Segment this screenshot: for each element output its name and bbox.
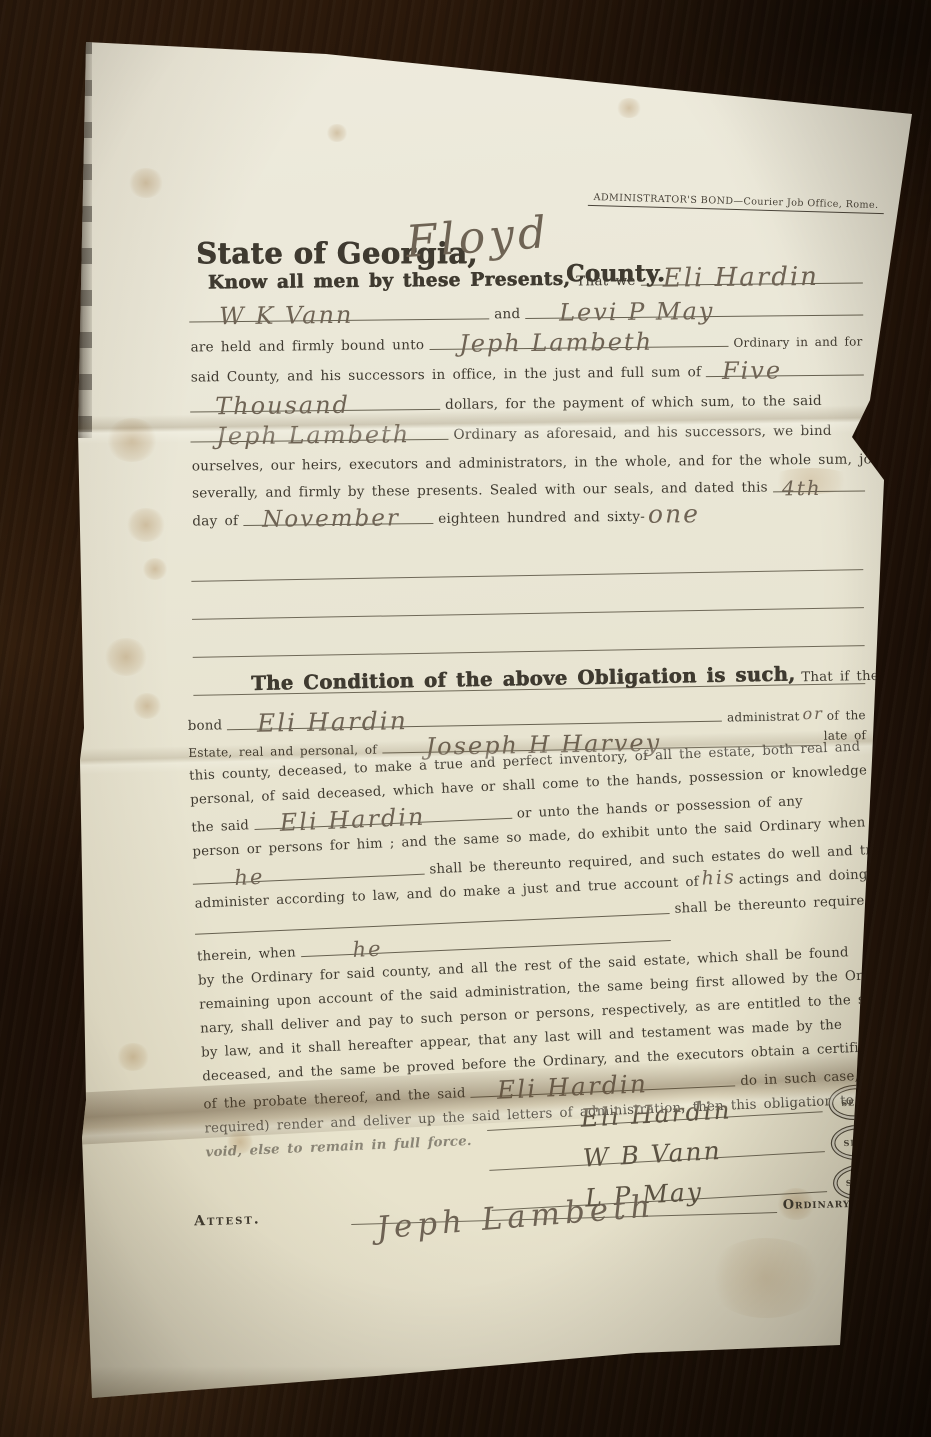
principal-name-blank: Eli Hardin bbox=[641, 282, 863, 285]
day-of-text: day of bbox=[189, 513, 241, 530]
seal-label: SEAL bbox=[841, 1097, 869, 1109]
that-we-text: That we bbox=[573, 273, 639, 290]
seal-label: SEAL bbox=[843, 1137, 871, 1149]
ordinary2-blank: Jeph Lambeth bbox=[191, 439, 449, 443]
stain bbox=[106, 418, 158, 462]
signature-block: Eli Hardin SEAL W B Vann SEAL L P May SE… bbox=[485, 1069, 883, 1211]
seal-stamp: SEAL bbox=[836, 1167, 883, 1198]
day-handwriting: 4th bbox=[782, 478, 822, 498]
administrator-name-handwriting: Eli Hardin bbox=[257, 708, 408, 736]
ordinary2-handwriting: Jeph Lambeth bbox=[216, 422, 410, 448]
stain bbox=[116, 1043, 150, 1071]
attest-row: Attest. Jeph Lambeth Ordinary. bbox=[194, 1195, 862, 1230]
bond-line: Know all men by these Presents, That we … bbox=[187, 252, 865, 293]
document-paper: ADMINISTRATOR'S BOND—Courier Job Office,… bbox=[76, 38, 914, 1402]
seal-stamp: SEAL bbox=[834, 1127, 881, 1158]
surety1-handwriting: W K Vann bbox=[219, 303, 353, 328]
his-handwriting: his bbox=[701, 866, 736, 889]
principal-name-handwriting: Eli Hardin bbox=[663, 264, 819, 292]
of-the-text: of the bbox=[824, 708, 869, 723]
stain bbox=[142, 558, 168, 580]
he-handwriting: he bbox=[234, 867, 265, 889]
torn-left-edge bbox=[76, 38, 92, 438]
stain bbox=[126, 508, 166, 542]
attest-label: Attest. bbox=[194, 1211, 261, 1229]
the-said-text: the said bbox=[188, 818, 252, 836]
surety2-handwriting: Levi P May bbox=[559, 299, 714, 325]
bond-word-text: bond bbox=[185, 718, 226, 734]
stain bbox=[128, 168, 164, 198]
ordinary-name-handwriting: Jeph Lambeth bbox=[459, 330, 653, 356]
photograph: ADMINISTRATOR'S BOND—Courier Job Office,… bbox=[0, 0, 931, 1437]
stain bbox=[706, 1238, 826, 1318]
day-blank: 4th bbox=[773, 490, 865, 492]
year-handwriting: one bbox=[648, 499, 700, 529]
month-handwriting: November bbox=[262, 507, 400, 531]
year-text: eighteen hundred and sixty- bbox=[435, 509, 648, 527]
thousand-handwriting: Thousand bbox=[215, 393, 350, 418]
stain bbox=[326, 124, 348, 142]
stain bbox=[104, 638, 148, 676]
sum-amount-handwriting: Five bbox=[722, 358, 782, 383]
that-if-text: That if the above bbox=[798, 668, 930, 685]
stain bbox=[132, 693, 162, 719]
thousand-blank: Thousand bbox=[190, 409, 440, 413]
ordinary-label: Ordinary. bbox=[777, 1196, 863, 1213]
stain bbox=[616, 98, 642, 118]
month-blank: November bbox=[243, 523, 433, 526]
seal-stamp: SEAL bbox=[831, 1087, 878, 1118]
ordinary-in-and-for-text: Ordinary in and for bbox=[730, 334, 865, 349]
and-text: and bbox=[491, 306, 523, 322]
administrat-suffix-handwriting: or bbox=[802, 704, 824, 723]
ordinary-signature-line: Jeph Lambeth bbox=[350, 1198, 777, 1225]
void-text: void, else to remain in full force. bbox=[202, 1134, 475, 1161]
administrat-text: administrat bbox=[724, 709, 803, 724]
bottom-edge-shadow bbox=[76, 1366, 914, 1402]
know-all-men-text: Know all men by these Presents, bbox=[205, 269, 574, 294]
seal-label: SEAL bbox=[846, 1176, 874, 1188]
bond-section: Know all men by these Presents, That we … bbox=[187, 252, 868, 529]
said-name-handwriting: Eli Hardin bbox=[279, 805, 426, 835]
sum-amount-blank: Five bbox=[706, 374, 864, 377]
bound-unto-text: are held and firmly bound unto bbox=[187, 337, 427, 356]
he2-handwriting: he bbox=[352, 939, 383, 961]
